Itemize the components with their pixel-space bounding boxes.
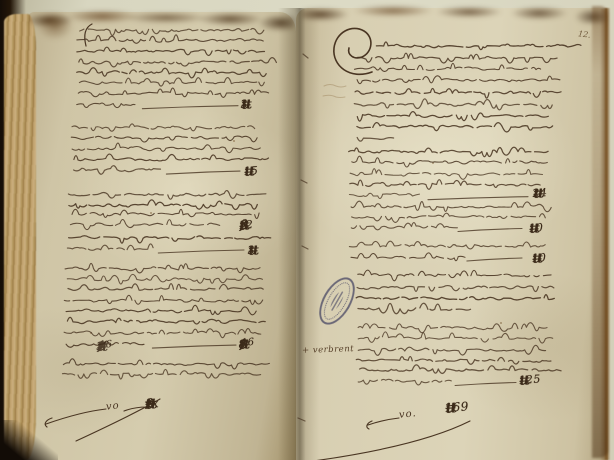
script-line bbox=[357, 76, 560, 84]
script-line bbox=[80, 28, 264, 35]
script-line bbox=[357, 123, 553, 132]
script-line bbox=[74, 154, 273, 161]
pound-sign: tt bbox=[241, 97, 251, 113]
margin-bleedthrough bbox=[323, 85, 346, 98]
script-line bbox=[458, 229, 522, 232]
script-line bbox=[79, 58, 277, 67]
script-line bbox=[67, 244, 153, 250]
script-line bbox=[70, 219, 219, 229]
margin-note-verbrent: + verbrent bbox=[302, 344, 354, 356]
script-line bbox=[352, 156, 551, 167]
script-line bbox=[74, 166, 161, 175]
script-line bbox=[69, 200, 257, 210]
script-line bbox=[358, 303, 471, 313]
script-line bbox=[358, 270, 551, 281]
script-line bbox=[152, 345, 236, 348]
left-footer-label: vo bbox=[105, 400, 120, 412]
script-line bbox=[428, 197, 528, 200]
pound-sign: tt bbox=[519, 373, 529, 389]
pound-sign: tt bbox=[445, 400, 456, 417]
script-line bbox=[67, 317, 265, 324]
script-line bbox=[357, 112, 548, 121]
script-line bbox=[351, 253, 465, 261]
script-line bbox=[358, 53, 557, 63]
script-line bbox=[79, 78, 264, 87]
script-line bbox=[142, 106, 238, 109]
script-line bbox=[166, 171, 240, 174]
script-line bbox=[65, 263, 264, 272]
script-line bbox=[352, 213, 546, 222]
script-line bbox=[69, 236, 271, 243]
shilling-sign: ß bbox=[97, 340, 106, 353]
script-line bbox=[351, 201, 551, 212]
manuscript-photo: 3tt 15tt 12tt8ß 3tt 8tt16ß 3tt16ß 24tt 1… bbox=[0, 0, 614, 460]
pound-sign: tt bbox=[533, 186, 543, 202]
script-line bbox=[349, 147, 548, 156]
initial-swash bbox=[334, 28, 372, 74]
script-line bbox=[358, 345, 545, 355]
script-line bbox=[358, 332, 553, 343]
script-line bbox=[455, 383, 516, 386]
pound-sign: tt bbox=[244, 164, 254, 180]
pound-sign: tt bbox=[529, 221, 539, 237]
script-line bbox=[350, 169, 542, 180]
script-line bbox=[68, 284, 263, 291]
shilling-sign: ß bbox=[145, 396, 154, 410]
script-line bbox=[351, 223, 457, 230]
page-number: 12. bbox=[577, 29, 591, 40]
script-line bbox=[158, 250, 244, 253]
script-line bbox=[72, 209, 259, 218]
script-line bbox=[63, 359, 269, 369]
script-line bbox=[350, 180, 544, 190]
script-line bbox=[358, 323, 547, 333]
script-line bbox=[356, 295, 554, 300]
script-line bbox=[349, 193, 419, 198]
initial-ascender bbox=[85, 24, 92, 46]
script-line bbox=[467, 258, 522, 261]
script-line bbox=[71, 136, 261, 142]
script-line bbox=[354, 99, 552, 110]
script-line bbox=[66, 305, 256, 315]
script-line bbox=[358, 379, 454, 385]
script-line bbox=[355, 88, 561, 98]
pound-sign: tt bbox=[532, 251, 542, 267]
script-line bbox=[355, 63, 545, 71]
script-line bbox=[77, 47, 265, 55]
script-line bbox=[63, 369, 261, 379]
script-line bbox=[72, 143, 260, 153]
gutter-sewing-ticks bbox=[298, 54, 308, 421]
script-line bbox=[77, 103, 135, 108]
script-line bbox=[67, 274, 262, 284]
script-line bbox=[77, 35, 267, 43]
script-line bbox=[376, 42, 581, 50]
stamp-center-text bbox=[328, 289, 346, 312]
handwriting-overlay bbox=[0, 0, 614, 460]
right-footer-label: vo. bbox=[398, 408, 417, 421]
script-line bbox=[349, 241, 545, 249]
script-line bbox=[357, 138, 393, 142]
shilling-sign: ß bbox=[239, 337, 248, 351]
script-line bbox=[64, 329, 261, 338]
script-line bbox=[77, 68, 270, 78]
script-line bbox=[78, 88, 268, 97]
script-line bbox=[357, 286, 554, 292]
pound-sign: tt bbox=[248, 243, 258, 259]
script-line bbox=[68, 191, 269, 200]
left-footer-flourish bbox=[45, 399, 160, 441]
script-line bbox=[72, 124, 255, 131]
script-line bbox=[64, 295, 262, 304]
shilling-sign: ß bbox=[239, 218, 248, 232]
script-line bbox=[356, 357, 551, 365]
right-footer-flourish bbox=[306, 418, 470, 460]
